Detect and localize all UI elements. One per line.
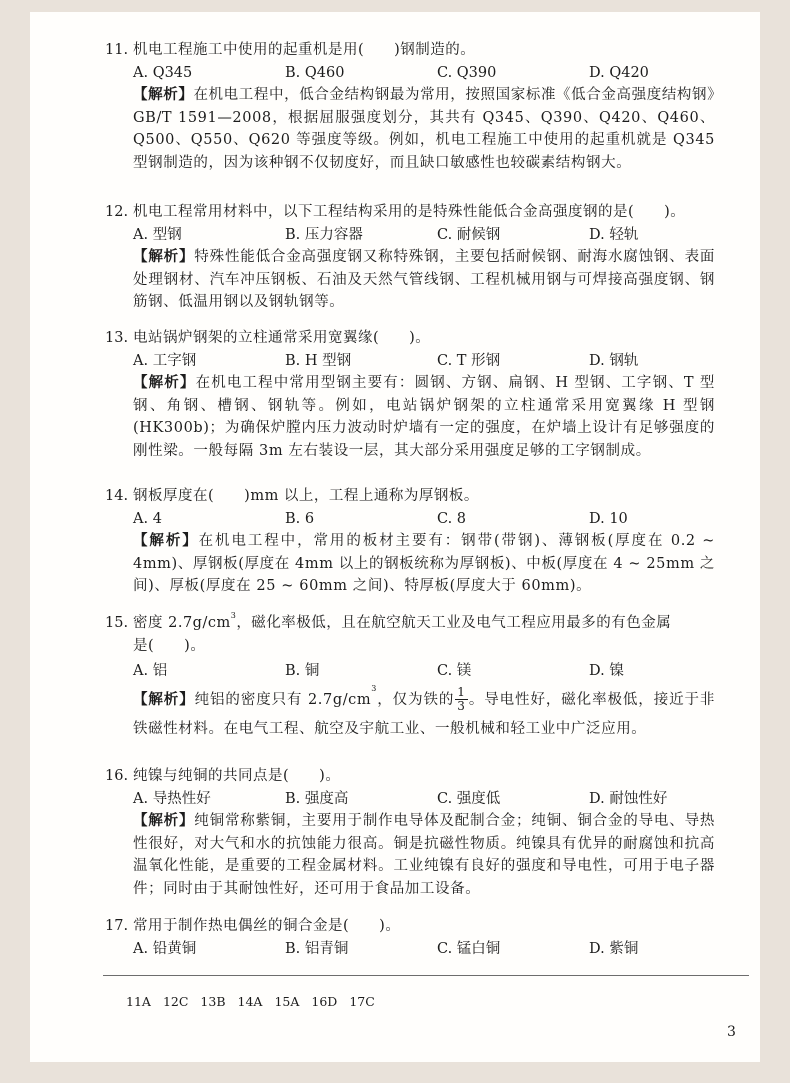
options-row: A. 4 B. 6 C. 8 D. 10 (133, 508, 715, 531)
question-text: 机电工程常用材料中，以下工程结构采用的是特殊性能低合金高强度钢的是( )。 (133, 201, 715, 224)
question-number: 16. (105, 765, 133, 788)
analysis: 【解析】特殊性能低合金高强度钢又称特殊钢，主要包括耐候钢、耐海水腐蚀钢、表面处理… (133, 246, 715, 314)
page-number: 3 (727, 1024, 736, 1040)
option-b: B. 6 (285, 508, 437, 531)
question-stem: 11. 机电工程施工中使用的起重机是用( )钢制造的。 (105, 39, 715, 62)
question-17: 17. 常用于制作热电偶丝的铜合金是( )。 A. 铅黄铜 B. 铝青铜 C. … (105, 915, 715, 960)
options-row: A. 铝 B. 铜 C. 镁 D. 镍 (133, 660, 715, 683)
question-stem: 12. 机电工程常用材料中，以下工程结构采用的是特殊性能低合金高强度钢的是( )… (105, 201, 715, 224)
options-row: A. 型钢 B. 压力容器 C. 耐候钢 D. 轻轨 (133, 224, 715, 247)
option-d: D. Q420 (589, 62, 741, 85)
option-c: C. Q390 (437, 62, 589, 85)
option-a: A. 型钢 (133, 224, 285, 247)
question-12: 12. 机电工程常用材料中，以下工程结构采用的是特殊性能低合金高强度钢的是( )… (105, 201, 715, 314)
option-d: D. 钢轨 (589, 350, 741, 373)
option-c: C. 耐候钢 (437, 224, 589, 247)
question-11: 11. 机电工程施工中使用的起重机是用( )钢制造的。 A. Q345 B. Q… (105, 39, 715, 174)
question-text: 常用于制作热电偶丝的铜合金是( )。 (133, 915, 715, 938)
analysis-tag: 【解析】 (133, 812, 194, 829)
question-stem: 13. 电站锅炉钢架的立柱通常采用宽翼缘( )。 (105, 327, 715, 350)
question-number: 12. (105, 201, 133, 224)
question-16: 16. 纯镍与纯铜的共同点是( )。 A. 导热性好 B. 强度高 C. 强度低… (105, 765, 715, 900)
option-b: B. 强度高 (285, 788, 437, 811)
answer-17: 17C (349, 994, 374, 1009)
options-row: A. Q345 B. Q460 C. Q390 D. Q420 (133, 62, 715, 85)
analysis: 【解析】纯铜常称紫铜，主要用于制作电导体及配制合金；纯铜、铜合金的导电、导热性很… (133, 810, 715, 900)
question-stem: 15. 密度 2.7g/cm3，磁化率极低，且在航空航天工业及电气工程应用最多的… (105, 612, 715, 657)
analysis-tag: 【解析】 (133, 374, 196, 391)
options-row: A. 铅黄铜 B. 铝青铜 C. 锰白铜 D. 紫铜 (133, 938, 715, 961)
question-text: 电站锅炉钢架的立柱通常采用宽翼缘( )。 (133, 327, 715, 350)
question-text: 密度 2.7g/cm3，磁化率极低，且在航空航天工业及电气工程应用最多的有色金属… (133, 612, 715, 657)
fraction-one-third: 13 (455, 686, 467, 713)
analysis-text: 在机电工程中，低合金结构钢最为常用，按照国家标准《低合金高强度结构钢》GB/T … (133, 87, 715, 171)
analysis-text: 纯铜常称紫铜，主要用于制作电导体及配制合金；纯铜、铜合金的导电、导热性很好，对大… (133, 813, 715, 897)
option-c: C. T 形钢 (437, 350, 589, 373)
option-a: A. 铝 (133, 660, 285, 683)
analysis: 【解析】在机电工程中，低合金结构钢最为常用，按照国家标准《低合金高强度结构钢》G… (133, 84, 715, 174)
option-c: C. 镁 (437, 660, 589, 683)
answer-13: 13B (200, 994, 225, 1009)
question-number: 13. (105, 327, 133, 350)
option-b: B. 铝青铜 (285, 938, 437, 961)
question-number: 17. (105, 915, 133, 938)
option-d: D. 镍 (589, 660, 741, 683)
document-page: 11. 机电工程施工中使用的起重机是用( )钢制造的。 A. Q345 B. Q… (30, 12, 760, 1062)
analysis: 【解析】在机电工程中，常用的板材主要有：钢带(带钢)、薄钢板(厚度在 0.2 ~… (133, 530, 715, 598)
analysis-tag: 【解析】 (133, 691, 195, 708)
answer-key: 11A 12C 13B 14A 15A 16D 17C (126, 994, 387, 1009)
option-a: A. 4 (133, 508, 285, 531)
option-a: A. 工字钢 (133, 350, 285, 373)
answer-16: 16D (311, 994, 337, 1009)
option-b: B. H 型钢 (285, 350, 437, 373)
answer-14: 14A (238, 994, 263, 1009)
analysis-text: 在机电工程中，常用的板材主要有：钢带(带钢)、薄钢板(厚度在 0.2 ~ 4mm… (133, 533, 715, 594)
option-c: C. 8 (437, 508, 589, 531)
question-stem: 17. 常用于制作热电偶丝的铜合金是( )。 (105, 915, 715, 938)
option-c: C. 锰白铜 (437, 938, 589, 961)
options-row: A. 导热性好 B. 强度高 C. 强度低 D. 耐蚀性好 (133, 788, 715, 811)
question-text: 机电工程施工中使用的起重机是用( )钢制造的。 (133, 39, 715, 62)
answer-12: 12C (163, 994, 188, 1009)
question-15: 15. 密度 2.7g/cm3，磁化率极低，且在航空航天工业及电气工程应用最多的… (105, 612, 715, 744)
option-a: A. 导热性好 (133, 788, 285, 811)
question-14: 14. 钢板厚度在( )mm 以上，工程上通称为厚钢板。 A. 4 B. 6 C… (105, 485, 715, 598)
question-13: 13. 电站锅炉钢架的立柱通常采用宽翼缘( )。 A. 工字钢 B. H 型钢 … (105, 327, 715, 462)
question-text: 钢板厚度在( )mm 以上，工程上通称为厚钢板。 (133, 485, 715, 508)
question-number: 11. (105, 39, 133, 62)
answer-11: 11A (126, 994, 151, 1009)
analysis-tag: 【解析】 (133, 532, 199, 549)
analysis-text: 在机电工程中常用型钢主要有：圆钢、方钢、扁钢、H 型钢、工字钢、T 型钢、角钢、… (133, 375, 715, 459)
option-a: A. Q345 (133, 62, 285, 85)
question-stem: 16. 纯镍与纯铜的共同点是( )。 (105, 765, 715, 788)
question-number: 15. (105, 612, 133, 657)
question-stem: 14. 钢板厚度在( )mm 以上，工程上通称为厚钢板。 (105, 485, 715, 508)
option-b: B. 压力容器 (285, 224, 437, 247)
option-d: D. 耐蚀性好 (589, 788, 741, 811)
options-row: A. 工字钢 B. H 型钢 C. T 形钢 D. 钢轨 (133, 350, 715, 373)
option-c: C. 强度低 (437, 788, 589, 811)
analysis: 【解析】在机电工程中常用型钢主要有：圆钢、方钢、扁钢、H 型钢、工字钢、T 型钢… (133, 372, 715, 462)
answer-15: 15A (274, 994, 299, 1009)
analysis-text: 特殊性能低合金高强度钢又称特殊钢，主要包括耐候钢、耐海水腐蚀钢、表面处理钢材、汽… (133, 249, 715, 310)
question-text: 纯镍与纯铜的共同点是( )。 (133, 765, 715, 788)
analysis: 【解析】纯铝的密度只有 2.7g/cm3，仅为铁的13。导电性好，磁化率极低，接… (133, 685, 715, 744)
option-d: D. 10 (589, 508, 741, 531)
analysis-tag: 【解析】 (133, 86, 193, 103)
option-b: B. 铜 (285, 660, 437, 683)
option-a: A. 铅黄铜 (133, 938, 285, 961)
option-d: D. 紫铜 (589, 938, 741, 961)
question-number: 14. (105, 485, 133, 508)
option-b: B. Q460 (285, 62, 437, 85)
analysis-tag: 【解析】 (133, 248, 194, 265)
option-d: D. 轻轨 (589, 224, 741, 247)
answer-divider (103, 975, 749, 976)
